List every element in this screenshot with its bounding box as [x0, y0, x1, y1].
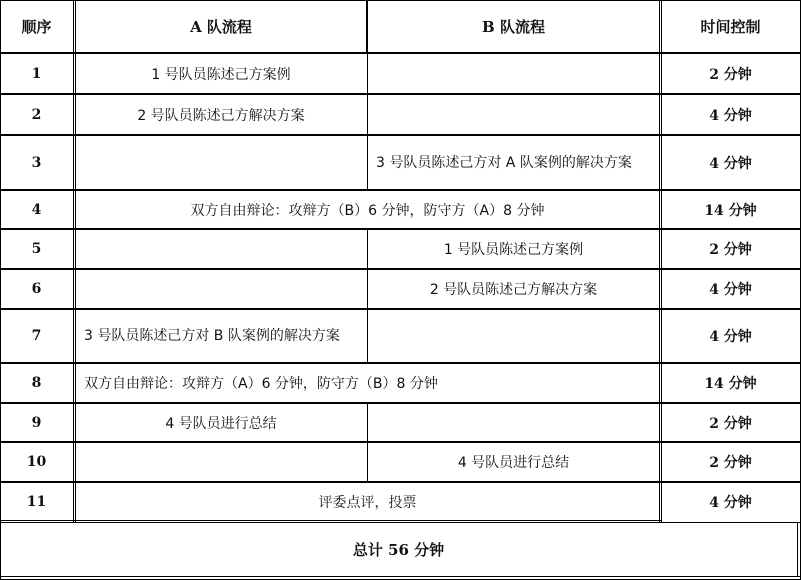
- row-time: 2 分钟: [662, 404, 799, 441]
- row-order: 3: [0, 136, 73, 189]
- row-time: 2 分钟: [662, 230, 799, 268]
- row-team-b: 2 号队员陈述己方解决方案: [368, 270, 659, 308]
- row-team-b: [368, 54, 659, 93]
- row-order: 7: [0, 310, 73, 362]
- divider: [797, 522, 798, 577]
- row-team-a: [76, 270, 366, 308]
- row-team-a: 4 号队员进行总结: [76, 404, 366, 441]
- row-order: 9: [0, 404, 73, 441]
- row-time: 4 分钟: [662, 310, 799, 362]
- row-team-b: [368, 310, 659, 362]
- row-time: 2 分钟: [662, 443, 799, 481]
- row-team-a: 1 号队员陈述己方案例: [76, 54, 366, 93]
- row-order: 8: [0, 364, 73, 402]
- row-team-b: [368, 404, 659, 441]
- header-time: 时间控制: [662, 0, 799, 52]
- row-merged-review: 评委点评，投票: [76, 483, 659, 520]
- total-row: 总计 56 分钟: [0, 523, 797, 576]
- row-team-b: 3 号队员陈述己方对 A 队案例的解决方案: [368, 136, 659, 189]
- row-time: 14 分钟: [662, 191, 799, 228]
- header-order: 顺序: [0, 0, 73, 52]
- row-merged-debate: 双方自由辩论：攻辩方（A）6 分钟，防守方（B）8 分钟: [76, 364, 659, 402]
- row-team-b: 4 号队员进行总结: [368, 443, 659, 481]
- row-team-a: 2 号队员陈述己方解决方案: [76, 95, 366, 134]
- row-order: 11: [0, 483, 73, 520]
- divider: [0, 576, 801, 577]
- row-time: 2 分钟: [662, 54, 799, 93]
- row-team-a: [76, 443, 366, 481]
- row-team-a: 3 号队员陈述己方对 B 队案例的解决方案: [76, 310, 366, 362]
- row-time: 4 分钟: [662, 483, 799, 520]
- divider: [0, 520, 662, 521]
- row-time: 4 分钟: [662, 270, 799, 308]
- row-time: 4 分钟: [662, 136, 799, 189]
- row-order: 5: [0, 230, 73, 268]
- row-team-a: [76, 136, 366, 189]
- header-team-b: B 队流程: [368, 0, 659, 52]
- divider: [659, 0, 660, 522]
- row-merged-debate: 双方自由辩论：攻辩方（B）6 分钟，防守方（A）8 分钟: [76, 191, 659, 228]
- row-team-b: 1 号队员陈述己方案例: [368, 230, 659, 268]
- row-order: 4: [0, 191, 73, 228]
- row-order: 10: [0, 443, 73, 481]
- row-order: 2: [0, 95, 73, 134]
- row-order: 1: [0, 54, 73, 93]
- row-order: 6: [0, 270, 73, 308]
- row-time: 4 分钟: [662, 95, 799, 134]
- header-team-a: A 队流程: [76, 0, 366, 52]
- divider: [73, 0, 74, 522]
- row-team-b: [368, 95, 659, 134]
- row-time: 14 分钟: [662, 364, 799, 402]
- debate-schedule-table: 顺序 A 队流程 B 队流程 时间控制 1 1 号队员陈述己方案例 2 分钟 2…: [0, 0, 801, 580]
- row-team-a: [76, 230, 366, 268]
